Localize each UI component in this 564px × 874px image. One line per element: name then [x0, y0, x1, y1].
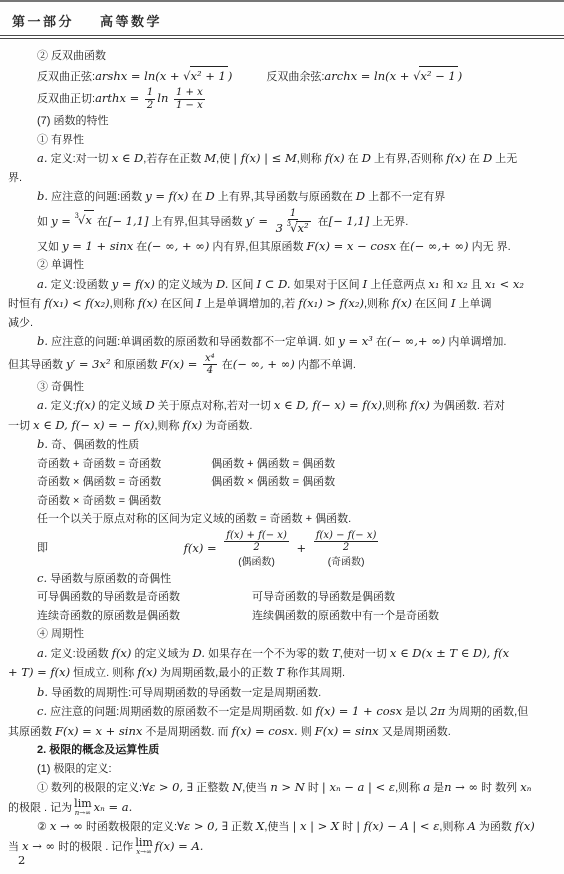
- line-period-b: b. 导函数的周期性:可导周期函数的导函数一定是周期函数.: [8, 683, 558, 703]
- line-mono-note: b. 应注意的问题:单调函数的原函数和导函数都不一定单调. 如 y = x³ 在…: [8, 332, 558, 352]
- text-segment: 反双曲正弦:: [37, 71, 95, 83]
- line-seq-limit: ① 数列的极限的定义:∀ε > 0, ∃ 正整数 N,使当 n > N 时 | …: [8, 778, 558, 798]
- fraction-denominator: 2: [251, 542, 261, 554]
- math-segment: f(x): [138, 296, 158, 310]
- math-segment: arthx =: [95, 91, 143, 105]
- math-segment: b.: [37, 189, 48, 203]
- text-segment: ② 单调性: [37, 259, 84, 271]
- math-segment: [− 1,1]: [329, 213, 370, 227]
- text-segment: 减少.: [8, 317, 33, 329]
- line-parity-c-heading: c. 导函数与原函数的奇偶性: [8, 569, 558, 589]
- math-segment: xₙ: [520, 780, 531, 794]
- limit-operator: lim: [74, 798, 91, 809]
- math-segment: f(x): [137, 665, 157, 679]
- text-segment: 的定义域为: [155, 279, 216, 291]
- math-segment: f(x): [325, 151, 345, 165]
- labeled-fraction: f(x) − f(− x)2(奇函数): [312, 529, 381, 569]
- math-segment: x₂: [457, 277, 468, 291]
- line-parity-prop3: 奇函数 × 奇函数 = 偶函数: [8, 492, 558, 511]
- math-segment: f(x₁) > f(x₂): [298, 296, 364, 310]
- text-segment: 偶函数 + 偶函数 = 偶函数: [211, 458, 335, 470]
- math-segment: f(x): [446, 151, 466, 165]
- line-arsh-arch: 反双曲正弦:arshx = ln(x + √x² + 1)反双曲余弦:archx…: [8, 66, 558, 87]
- text-segment: ② 反双曲函数: [37, 50, 106, 62]
- text-segment: 连续奇函数的原函数是偶函数: [37, 610, 180, 622]
- text-segment: 且: [468, 279, 485, 291]
- text-segment: 其原函数: [8, 726, 55, 738]
- math-segment: y = x³: [338, 334, 373, 348]
- text-segment: 上都不一定有界: [365, 191, 445, 203]
- text-segment: 又是周期函数.: [379, 726, 451, 738]
- text-segment: 和: [439, 279, 456, 291]
- math-segment: D: [362, 151, 371, 165]
- book-page: 第一部分 高等数学 ② 反双曲函数反双曲正弦:arshx = ln(x + √x…: [0, 0, 564, 874]
- limit-subscript: n→∞: [75, 810, 91, 817]
- text-segment: 奇函数 × 奇函数 = 偶函数: [37, 495, 161, 507]
- limit-subscript: x→∞: [136, 849, 152, 856]
- text-segment: 可导偶函数的导函数是奇函数: [37, 591, 180, 603]
- text-segment: 和原函数: [111, 358, 161, 370]
- math-segment: x ∈ D: [112, 151, 144, 165]
- fraction-numerator: f(x) + f(− x): [224, 530, 289, 543]
- text-segment: 导函数与原函数的奇偶性: [47, 573, 171, 585]
- text-segment: 则: [298, 726, 315, 738]
- text-segment: 的极限 . 记为: [8, 802, 72, 814]
- fraction-denominator: 4: [205, 365, 215, 377]
- text-segment: ,则称: [154, 420, 182, 432]
- math-segment: D: [483, 151, 492, 165]
- math-segment: y = 1 + sinx: [62, 239, 133, 253]
- line-fn-limit-cont: 当 x → ∞ 时的极限 . 记作limx→∞f(x) = A.: [8, 837, 558, 857]
- text-segment: 为周期函数,最小的正数: [157, 667, 276, 679]
- line-parity-c1: 可导偶函数的导函数是奇函数可导奇函数的导函数是偶函数: [8, 588, 558, 607]
- text-segment: 界.: [8, 172, 22, 184]
- text-segment: 奇、偶函数的性质: [48, 439, 139, 451]
- text-segment: ,则称: [395, 782, 423, 794]
- line-parity-prop1: 奇函数 + 奇函数 = 奇函数偶函数 + 偶函数 = 偶函数: [8, 455, 558, 474]
- line-mono-note-cont: 但其导函数 y′ = 3x² 和原函数 F(x) = x⁴4 在(− ∞, + …: [8, 352, 558, 378]
- heading-monotonicity: ② 单调性: [8, 256, 558, 275]
- math-segment: b.: [37, 334, 48, 348]
- limit-notation: limx→∞: [135, 837, 152, 856]
- formula-lead-label: 即: [37, 539, 48, 558]
- math-segment: F(x) = sinx: [315, 724, 379, 738]
- math-segment: a.: [37, 151, 48, 165]
- math-segment: f(x): [76, 398, 96, 412]
- math-segment: f(x): [410, 398, 430, 412]
- heading-limit-def: (1) 极限的定义:: [8, 760, 558, 779]
- text-segment: 在区间: [412, 298, 451, 310]
- math-segment: x ∈ D(x ± T ∈ D), f(x: [390, 646, 509, 660]
- text-segment: ,若存在正数: [143, 153, 204, 165]
- bold-text-segment: 2.: [37, 744, 46, 756]
- fraction: 12: [145, 87, 155, 111]
- fraction-label: (奇函数): [328, 556, 365, 569]
- text-segment: 内有界,但其原函数: [209, 241, 306, 253]
- math-segment: +: [293, 540, 310, 554]
- fraction-numerator: 1: [145, 87, 155, 100]
- text-segment: 在: [94, 215, 108, 227]
- text-segment: 是: [430, 782, 444, 794]
- text-segment: 在: [466, 153, 483, 165]
- math-segment: | x | > X: [292, 819, 339, 833]
- line-mono-def-cont1: 时恒有 f(x₁) < f(x₂),则称 f(x) 在区间 I 上是单调增加的,…: [8, 294, 558, 314]
- line-period-c: c. 应注意的问题:周期函数的原函数不一定是周期函数. 如 f(x) = 1 +…: [8, 702, 558, 722]
- line-mono-def: a. 定义:设函数 y = f(x) 的定义域为 D. 区间 I ⊂ D. 如果…: [8, 275, 558, 295]
- math-segment: x₁ < x₂: [485, 277, 524, 291]
- math-segment: (− ∞,+ ∞): [410, 239, 468, 253]
- text-segment: 为奇函数.: [202, 420, 252, 432]
- text-segment: 当: [8, 841, 22, 853]
- math-segment: b.: [37, 437, 48, 451]
- text-segment: 正整数: [193, 782, 232, 794]
- text-segment: (7) 函数的特性: [37, 115, 109, 127]
- line-bounded-example1: 如 y = 3√x 在[− 1,1] 上有界,但其导函数 y′ = 13 3√x…: [8, 207, 558, 237]
- line-arth: 反双曲正切:arthx = 12ln 1 + x1 − x: [8, 86, 558, 112]
- math-segment: b.: [37, 685, 48, 699]
- math-segment: x ∈ D, f(− x) = − f(x): [33, 418, 154, 432]
- text-segment: 任一个以关于原点对称的区间为定义域的函数 = 奇函数 + 偶函数.: [37, 513, 351, 525]
- item-inverse-hyperbolic-heading: ② 反双曲函数: [8, 47, 558, 66]
- radical: 3√x²: [287, 220, 311, 235]
- heading-boundedness: ① 有界性: [8, 131, 558, 150]
- text-segment: 如果存在一个不为零的数: [205, 648, 332, 660]
- labeled-fraction: f(x) + f(− x)2(偶函数): [222, 529, 291, 569]
- text-segment: 在: [133, 241, 147, 253]
- math-segment: ∀ε > 0, ∃: [142, 780, 193, 794]
- line-bounded-note: b. 应注意的问题:函数 y = f(x) 在 D 上有界,其导函数与原函数在 …: [8, 187, 558, 207]
- heading-limits: 2. 极限的概念及运算性质: [8, 741, 558, 760]
- math-segment: F(x) = x + sinx: [55, 724, 142, 738]
- radicand: x² + 1: [190, 66, 228, 86]
- fraction: x⁴4: [203, 353, 217, 377]
- math-segment: a.: [37, 398, 48, 412]
- math-segment: xₙ = a.: [94, 800, 133, 814]
- math-segment: f(x) = cosx.: [232, 724, 298, 738]
- text-segment: 为偶函数. 若对: [430, 400, 505, 412]
- line-parity-props-heading: b. 奇、偶函数的性质: [8, 435, 558, 455]
- fraction-denominator: 2: [145, 100, 155, 112]
- math-segment: F(x) = x − cosx: [307, 239, 397, 253]
- line-bounded-def: a. 定义:对一切 x ∈ D,若存在正数 M,使 | f(x) | ≤ M,则…: [8, 149, 558, 169]
- line-bounded-def-cont: 界.: [8, 169, 558, 188]
- text-segment: 时: [339, 821, 356, 833]
- line-parity-c2: 连续奇函数的原函数是偶函数连续偶函数的原函数中有一个是奇函数: [8, 607, 558, 626]
- line-parity-decomp-text: 任一个以关于原点对称的区间为定义域的函数 = 奇函数 + 偶函数.: [8, 510, 558, 529]
- header-part-label: 第一部分: [12, 11, 74, 30]
- text-segment: 反双曲余弦:: [266, 71, 324, 83]
- text-segment: 在区间: [158, 298, 197, 310]
- text-segment: ,则称: [364, 298, 392, 310]
- text-segment: 称作其周期.: [284, 667, 345, 679]
- text-segment: ,则称: [382, 400, 410, 412]
- text-segment: 在: [188, 191, 205, 203]
- math-segment: ): [458, 69, 463, 83]
- fraction: 13 3√x²: [274, 208, 313, 236]
- heading-function-properties: (7) 函数的特性: [8, 112, 558, 131]
- math-segment: x → ∞: [22, 839, 55, 853]
- limit-operator: lim: [135, 837, 152, 848]
- text-segment: ,使当: [242, 782, 270, 794]
- text-segment: ④ 周期性: [37, 628, 84, 640]
- radical: √x² + 1: [183, 66, 228, 86]
- text-segment: 区间: [228, 279, 256, 291]
- text-segment: 反双曲正切:: [37, 93, 95, 105]
- text-segment: 如: [37, 215, 51, 227]
- text-segment: 定义:: [48, 400, 76, 412]
- math-segment: y = f(x): [112, 277, 155, 291]
- math-segment: a.: [37, 646, 48, 660]
- text-segment: 上无界.: [369, 215, 408, 227]
- math-segment: D.: [193, 646, 205, 660]
- math-segment: ): [228, 69, 233, 83]
- line-parity-prop2: 奇函数 × 偶函数 = 奇函数偶函数 × 偶函数 = 偶函数: [8, 473, 558, 492]
- text-segment: 上有界,否则称: [371, 153, 446, 165]
- line-bounded-example2: 又如 y = 1 + sinx 在(− ∞, + ∞) 内有界,但其原函数 F(…: [8, 237, 558, 257]
- math-segment: y′ = 3x²: [66, 356, 110, 370]
- text-segment: 在: [219, 358, 233, 370]
- text-segment: 是以: [402, 706, 430, 718]
- text-segment: 但其导函数: [8, 358, 66, 370]
- text-segment: 不是周期函数. 而: [142, 726, 231, 738]
- text-segment: 上有界,其导函数与原函数在: [215, 191, 356, 203]
- math-segment: (− ∞, + ∞): [147, 239, 209, 253]
- math-segment: x → ∞: [50, 819, 83, 833]
- fraction-numerator: 1 + x: [174, 87, 205, 100]
- math-segment: M: [204, 151, 216, 165]
- header-title: 高等数学: [100, 11, 162, 30]
- text-segment: 上单调: [455, 298, 491, 310]
- math-segment: ∀ε > 0, ∃: [177, 819, 228, 833]
- text-segment: ① 有界性: [37, 134, 84, 146]
- text-segment: 如果对于区间: [291, 279, 363, 291]
- text-segment: 定义:设函数: [48, 279, 112, 291]
- heading-periodicity: ④ 周期性: [8, 625, 558, 644]
- radicand: x²: [296, 221, 310, 235]
- math-segment: x₁: [428, 277, 439, 291]
- bold-text-segment: 极限的概念及运算性质: [46, 744, 159, 756]
- text-segment: 的定义域: [95, 400, 145, 412]
- text-segment: ,则称: [439, 821, 467, 833]
- line-parity-def: a. 定义:f(x) 的定义域 D 关于原点对称,若对一切 x ∈ D, f(−…: [8, 396, 558, 416]
- text-segment: 关于原点对称,若对一切: [155, 400, 274, 412]
- page-header: 第一部分 高等数学: [0, 2, 564, 35]
- math-segment: n → ∞: [444, 780, 478, 794]
- text-segment: 上任意两点: [367, 279, 428, 291]
- radicand: x² − 1: [419, 66, 457, 86]
- math-segment: | f(x) − A | < ε: [356, 819, 439, 833]
- radical: √x² − 1: [413, 66, 458, 86]
- math-segment: f(x) = 1 + cosx: [315, 704, 402, 718]
- text-segment: 时: [305, 782, 322, 794]
- text-segment: 应注意的问题:函数: [48, 191, 145, 203]
- text-segment: 为函数: [476, 821, 515, 833]
- math-segment: | f(x) | ≤ M: [233, 151, 297, 165]
- text-segment: ① 数列的极限的定义:: [37, 782, 142, 794]
- line-period-c-cont: 其原函数 F(x) = x + sinx 不是周期函数. 而 f(x) = co…: [8, 722, 558, 742]
- text-segment: 内都不单调.: [295, 358, 356, 370]
- text-segment: 奇函数 + 奇函数 = 奇函数: [37, 458, 161, 470]
- math-segment: 3: [276, 221, 287, 235]
- math-segment: D: [206, 189, 215, 203]
- text-segment: 上无: [492, 153, 517, 165]
- text-segment: ,使对一切: [340, 648, 390, 660]
- math-segment: [− 1,1]: [108, 213, 149, 227]
- math-segment: 2π: [430, 704, 445, 718]
- text-segment: 定义:设函数: [48, 648, 112, 660]
- math-segment: y′ =: [246, 213, 272, 227]
- line-period-def: a. 定义:设函数 f(x) 的定义域为 D. 如果存在一个不为零的数 T,使对…: [8, 644, 558, 664]
- line-parity-decomp-formula: 即f(x) = f(x) + f(− x)2(偶函数) + f(x) − f(−…: [8, 529, 558, 569]
- math-segment: f(x) = A.: [155, 839, 204, 853]
- math-segment: A: [468, 819, 476, 833]
- math-segment: c.: [37, 571, 47, 585]
- text-segment: 可导奇函数的导函数是偶函数: [252, 591, 395, 603]
- text-segment: 偶函数 × 偶函数 = 偶函数: [211, 476, 335, 488]
- text-segment: ,使: [216, 153, 233, 165]
- line-seq-limit-cont: 的极限 . 记为limn→∞xₙ = a.: [8, 798, 558, 818]
- text-segment: 在: [345, 153, 362, 165]
- math-segment: f(x) =: [184, 540, 221, 554]
- text-segment: 时 数列: [478, 782, 520, 794]
- fraction-denominator: 3 3√x²: [274, 220, 313, 236]
- math-segment: n > N: [270, 780, 304, 794]
- math-segment: c.: [37, 704, 47, 718]
- fraction-numerator: f(x) − f(− x): [314, 530, 379, 543]
- text-segment: ,则称: [110, 298, 138, 310]
- math-segment: y = f(x): [145, 189, 188, 203]
- radical: 3√x: [75, 207, 94, 230]
- text-segment: 一切: [8, 420, 33, 432]
- math-segment: f(x): [392, 296, 412, 310]
- math-segment: N: [232, 780, 242, 794]
- text-segment: 恒成立. 则称: [70, 667, 137, 679]
- text-segment: 在: [315, 215, 329, 227]
- math-segment: T: [276, 665, 284, 679]
- document-body: ② 反双曲函数反双曲正弦:arshx = ln(x + √x² + 1)反双曲余…: [0, 39, 564, 856]
- text-segment: 时函数极限的定义:: [83, 821, 177, 833]
- fraction-numerator: x⁴: [203, 353, 217, 366]
- math-segment: f(x): [112, 646, 132, 660]
- math-segment: y =: [51, 213, 74, 227]
- math-segment: a.: [37, 277, 48, 291]
- line-fn-limit: ② x → ∞ 时函数极限的定义:∀ε > 0, ∃ 正数 X,使当 | x |…: [8, 817, 558, 837]
- text-segment: (1) 极限的定义:: [37, 763, 112, 775]
- text-segment: 定义:对一切: [48, 153, 112, 165]
- math-segment: D.: [216, 277, 228, 291]
- text-segment: ②: [37, 821, 50, 833]
- fraction-denominator: 1 − x: [174, 100, 205, 112]
- math-segment: arshx = ln(x +: [95, 69, 183, 83]
- heading-parity: ③ 奇偶性: [8, 378, 558, 397]
- fraction: 1 + x1 − x: [174, 87, 205, 111]
- math-segment: T: [332, 646, 340, 660]
- radicand: x: [84, 210, 94, 230]
- text-segment: ,则称: [297, 153, 325, 165]
- fraction-label: (偶函数): [238, 556, 275, 569]
- text-segment: 上有界,但其导函数: [148, 215, 245, 227]
- text-segment: 连续偶函数的原函数中有一个是奇函数: [252, 610, 439, 622]
- math-segment: D: [356, 189, 365, 203]
- text-segment: 应注意的问题:单调函数的原函数和导函数都不一定单调. 如: [48, 336, 338, 348]
- text-segment: 的定义域为: [131, 648, 192, 660]
- text-segment: 为周期的函数,但: [445, 706, 528, 718]
- math-segment: F(x) =: [161, 356, 201, 370]
- math-segment: I ⊂ D.: [257, 277, 291, 291]
- text-segment: 上是单调增加的,若: [201, 298, 298, 310]
- text-segment: 在: [396, 241, 410, 253]
- line-parity-def-cont: 一切 x ∈ D, f(− x) = − f(x),则称 f(x) 为奇函数.: [8, 416, 558, 436]
- fraction: f(x) − f(− x)2: [314, 530, 379, 554]
- fraction-numerator: 1: [288, 208, 298, 221]
- math-segment: archx = ln(x +: [324, 69, 413, 83]
- math-segment: f(x): [515, 819, 535, 833]
- limit-notation: limn→∞: [74, 798, 91, 817]
- text-segment: ,使当: [264, 821, 292, 833]
- text-segment: 又如: [37, 241, 62, 253]
- text-segment: 时恒有: [8, 298, 44, 310]
- line-period-def-cont: + T) = f(x) 恒成立. 则称 f(x) 为周期函数,最小的正数 T 称…: [8, 663, 558, 683]
- text-segment: 时的极限 . 记作: [55, 841, 133, 853]
- text-segment: 导函数的周期性:可导周期函数的导函数一定是周期函数.: [48, 687, 321, 699]
- text-segment: 应注意的问题:周期函数的原函数不一定是周期函数. 如: [47, 706, 315, 718]
- math-segment: (− ∞,+ ∞): [387, 334, 445, 348]
- math-segment: f(x): [183, 418, 203, 432]
- page-number: 2: [18, 853, 25, 867]
- fraction: f(x) + f(− x)2: [224, 530, 289, 554]
- math-segment: ln: [157, 91, 172, 105]
- line-mono-def-cont2: 减少.: [8, 314, 558, 333]
- math-segment: f(x₁) < f(x₂): [44, 296, 110, 310]
- text-segment: 奇函数 × 偶函数 = 奇函数: [37, 476, 161, 488]
- math-segment: D: [145, 398, 154, 412]
- text-segment: ③ 奇偶性: [37, 381, 84, 393]
- fraction-denominator: 2: [341, 542, 351, 554]
- math-segment: | xₙ − a | < ε: [322, 780, 395, 794]
- text-segment: 正数: [228, 821, 256, 833]
- text-segment: 在: [373, 336, 387, 348]
- text-segment: 内单调增加.: [445, 336, 506, 348]
- math-segment: + T) = f(x): [8, 665, 70, 679]
- math-segment: x ∈ D, f(− x) = f(x): [274, 398, 382, 412]
- math-segment: (− ∞, + ∞): [233, 356, 295, 370]
- text-segment: 内无 界.: [469, 241, 511, 253]
